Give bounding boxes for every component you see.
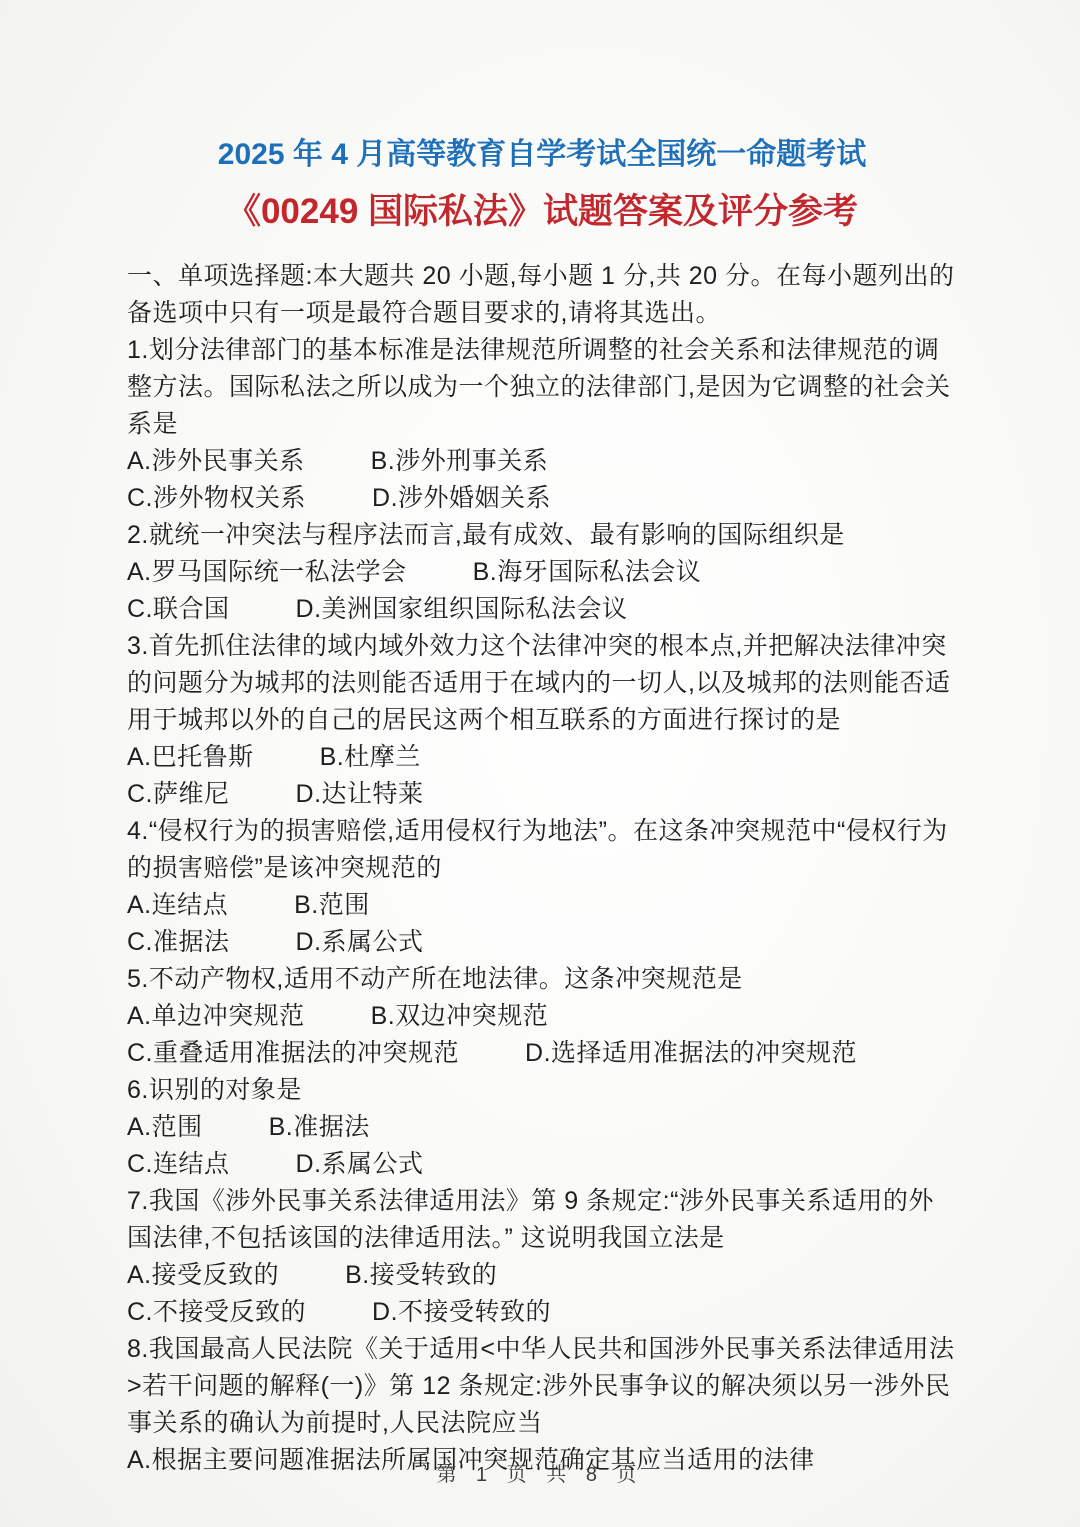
- option-b: B.准据法: [269, 1109, 370, 1146]
- question-5: 5.不动产物权,适用不动产所在地法律。这条冲突规范是 A.单边冲突规范 B.双边…: [127, 961, 957, 1072]
- question-text: 2.就统一冲突法与程序法而言,最有成效、最有影响的国际组织是: [127, 517, 957, 554]
- option-d: D.美洲国家组织国际私法会议: [296, 591, 628, 628]
- question-2: 2.就统一冲突法与程序法而言,最有成效、最有影响的国际组织是 A.罗马国际统一私…: [127, 517, 957, 628]
- option-b: B.杜摩兰: [320, 739, 421, 776]
- page-content: 2025 年 4 月高等教育自学考试全国统一命题考试 《00249 国际私法》试…: [127, 136, 957, 1479]
- option-c: C.联合国: [127, 591, 230, 628]
- option-c: C.不接受反致的: [127, 1294, 306, 1331]
- option-b: B.接受转致的: [345, 1257, 497, 1294]
- question-text: 7.我国《涉外民事关系法律适用法》第 9 条规定:“涉外民事关系适用的外国法律,…: [127, 1183, 957, 1257]
- option-b: B.范围: [294, 887, 370, 924]
- option-b: B.海牙国际私法会议: [473, 554, 702, 591]
- question-text: 8.我国最高人民法院《关于适用<中华人民共和国涉外民事关系法律适用法>若干问题的…: [127, 1331, 957, 1442]
- option-a: A.连结点: [127, 887, 228, 924]
- option-b: B.涉外刑事关系: [371, 443, 549, 480]
- option-a: A.单边冲突规范: [127, 998, 305, 1035]
- section-header: 一、单项选择题:本大题共 20 小题,每小题 1 分,共 20 分。在每小题列出…: [127, 258, 957, 332]
- option-a: A.范围: [127, 1109, 203, 1146]
- option-row: A.涉外民事关系 B.涉外刑事关系: [127, 443, 957, 480]
- option-a: A.巴托鲁斯: [127, 739, 254, 776]
- question-text: 4.“侵权行为的损害赔偿,适用侵权行为地法”。在这条冲突规范中“侵权行为的损害赔…: [127, 813, 957, 887]
- option-row: A.罗马国际统一私法学会 B.海牙国际私法会议: [127, 554, 957, 591]
- option-a: A.接受反致的: [127, 1257, 279, 1294]
- option-c: C.连结点: [127, 1146, 230, 1183]
- option-d: D.系属公式: [296, 1146, 424, 1183]
- option-row: A.范围 B.准据法: [127, 1109, 957, 1146]
- option-row: A.接受反致的 B.接受转致的: [127, 1257, 957, 1294]
- question-text: 6.识别的对象是: [127, 1072, 957, 1109]
- option-d: D.系属公式: [296, 924, 424, 961]
- scanned-exam-page: 2025 年 4 月高等教育自学考试全国统一命题考试 《00249 国际私法》试…: [0, 0, 1080, 1527]
- option-row: C.涉外物权关系 D.涉外婚姻关系: [127, 480, 957, 517]
- option-row: C.重叠适用准据法的冲突规范 D.选择适用准据法的冲突规范: [127, 1035, 957, 1072]
- option-row: C.准据法 D.系属公式: [127, 924, 957, 961]
- option-b: B.双边冲突规范: [371, 998, 549, 1035]
- question-text: 5.不动产物权,适用不动产所在地法律。这条冲突规范是: [127, 961, 957, 998]
- option-c: C.重叠适用准据法的冲突规范: [127, 1035, 459, 1072]
- question-7: 7.我国《涉外民事关系法律适用法》第 9 条规定:“涉外民事关系适用的外国法律,…: [127, 1183, 957, 1331]
- question-8: 8.我国最高人民法院《关于适用<中华人民共和国涉外民事关系法律适用法>若干问题的…: [127, 1331, 957, 1479]
- option-d: D.达让特莱: [296, 776, 424, 813]
- paper-title: 《00249 国际私法》试题答案及评分参考: [127, 190, 957, 234]
- exam-title: 2025 年 4 月高等教育自学考试全国统一命题考试: [127, 136, 957, 174]
- question-3: 3.首先抓住法律的域内域外效力这个法律冲突的根本点,并把解决法律冲突的问题分为城…: [127, 628, 957, 813]
- option-row: A.单边冲突规范 B.双边冲突规范: [127, 998, 957, 1035]
- option-row: A.连结点 B.范围: [127, 887, 957, 924]
- page-number: 第 1 页 共 8 页: [0, 1458, 1080, 1487]
- option-d: D.不接受转致的: [372, 1294, 551, 1331]
- question-6: 6.识别的对象是 A.范围 B.准据法 C.连结点 D.系属公式: [127, 1072, 957, 1183]
- question-text: 1.划分法律部门的基本标准是法律规范所调整的社会关系和法律规范的调整方法。国际私…: [127, 332, 957, 443]
- option-c: C.涉外物权关系: [127, 480, 306, 517]
- option-c: C.萨维尼: [127, 776, 230, 813]
- question-4: 4.“侵权行为的损害赔偿,适用侵权行为地法”。在这条冲突规范中“侵权行为的损害赔…: [127, 813, 957, 961]
- option-c: C.准据法: [127, 924, 230, 961]
- exam-body: 一、单项选择题:本大题共 20 小题,每小题 1 分,共 20 分。在每小题列出…: [127, 258, 957, 1479]
- option-row: C.联合国 D.美洲国家组织国际私法会议: [127, 591, 957, 628]
- question-1: 1.划分法律部门的基本标准是法律规范所调整的社会关系和法律规范的调整方法。国际私…: [127, 332, 957, 517]
- option-row: A.巴托鲁斯 B.杜摩兰: [127, 739, 957, 776]
- option-d: D.涉外婚姻关系: [372, 480, 551, 517]
- question-text: 3.首先抓住法律的域内域外效力这个法律冲突的根本点,并把解决法律冲突的问题分为城…: [127, 628, 957, 739]
- option-a: A.罗马国际统一私法学会: [127, 554, 407, 591]
- option-d: D.选择适用准据法的冲突规范: [525, 1035, 857, 1072]
- option-row: C.萨维尼 D.达让特莱: [127, 776, 957, 813]
- option-a: A.涉外民事关系: [127, 443, 305, 480]
- option-row: C.不接受反致的 D.不接受转致的: [127, 1294, 957, 1331]
- option-row: C.连结点 D.系属公式: [127, 1146, 957, 1183]
